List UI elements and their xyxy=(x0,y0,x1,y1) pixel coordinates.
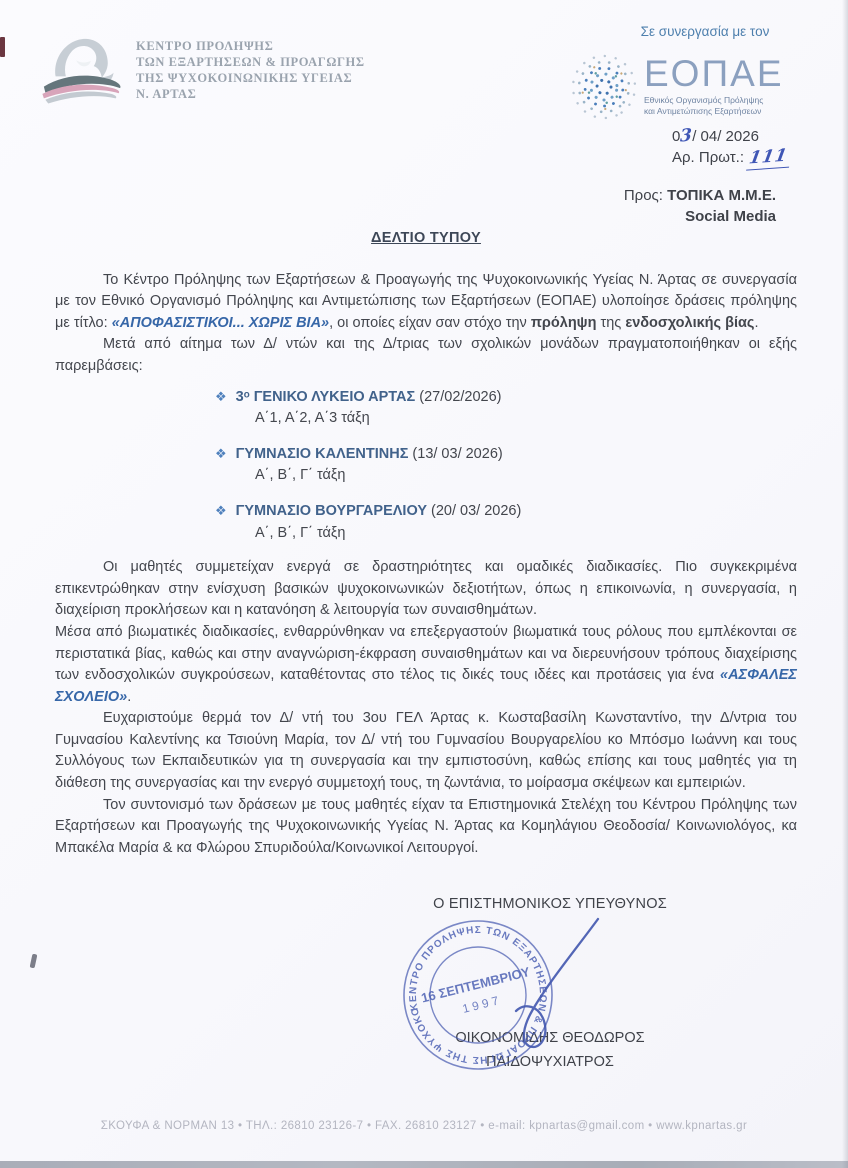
org-name-line: ΤΩΝ ΕΞΑΡΤΗΣΕΩΝ & ΠΡΟΑΓΩΓΗΣ xyxy=(136,54,365,70)
paragraph-request: Μετά από αίτημα των Δ/ ντών και της Δ/τρ… xyxy=(55,334,797,377)
scan-artifact xyxy=(30,954,38,969)
handwritten-protocol-number: 111 xyxy=(746,145,792,170)
partner-subtitle-line: Εθνικός Οργανισμός Πρόληψης xyxy=(644,95,784,106)
intervention-date: (20/ 03/ 2026) xyxy=(431,503,521,519)
diamond-bullet-icon: ❖ xyxy=(215,500,227,522)
eopae-dots-swirl-icon xyxy=(570,41,638,130)
partner-acronym: ΕΟΠΑΕ xyxy=(644,55,784,93)
paragraph-experiential: Μέσα από βιωματικές διαδικασίες, ενθαρρύ… xyxy=(55,622,797,708)
org-letterhead: ΚΕΝΤΡΟ ΠΡΟΛΗΨΗΣ ΤΩΝ ΕΞΑΡΤΗΣΕΩΝ & ΠΡΟΑΓΩΓ… xyxy=(38,26,365,117)
paragraph-thanks: Ευχαριστούμε θερμά τον Δ/ ντή του 3ου ΓΕ… xyxy=(55,708,797,794)
protocol-number-row: Αρ. Πρωτ.: 111 xyxy=(672,147,791,169)
org-name-line: ΤΗΣ ΨΥΧΟΚΟΙΝΩΝΙΚΗΣ ΥΓΕΙΑΣ xyxy=(136,70,365,86)
partner-tagline: Σε συνεργασία με τον xyxy=(610,24,800,39)
school-classes: Α΄, Β΄, Γ΄ τάξη xyxy=(255,523,797,545)
scan-artifact xyxy=(0,37,5,57)
scan-right-edge xyxy=(842,0,848,1168)
list-item: ❖ 3ᵒ ΓΕΝΙΚΟ ΛΥΚΕΙΟ ΑΡΤΑΣ (27/02/2026) Α΄… xyxy=(215,386,797,430)
paragraph-activities: Οι μαθητές συμμετείχαν ενεργά σε δραστηρ… xyxy=(55,557,797,622)
list-item: ❖ ΓΥΜΝΑΣΙΟ ΒΟΥΡΓΑΡΕΛΙΟΥ (20/ 03/ 2026) Α… xyxy=(215,500,797,544)
recipient-value: ΤΟΠΙΚΑ Μ.Μ.Ε. xyxy=(667,187,776,204)
school-classes: Α΄1, Α΄2, Α΄3 τάξη xyxy=(255,408,797,430)
document-date: 03/ 04/ 2026 xyxy=(672,126,791,147)
org-name-line: Ν. ΑΡΤΑΣ xyxy=(136,86,365,102)
list-item: ❖ ΓΥΜΝΑΣΙΟ ΚΑΛΕΝΤΙΝΗΣ (13/ 03/ 2026) Α΄,… xyxy=(215,443,797,487)
org-name-line: ΚΕΝΤΡΟ ΠΡΟΛΗΨΗΣ xyxy=(136,38,365,54)
diamond-bullet-icon: ❖ xyxy=(215,386,227,408)
diamond-bullet-icon: ❖ xyxy=(215,443,227,465)
handwritten-signature-icon xyxy=(430,905,610,1075)
recipient-line2: Social Media xyxy=(624,206,776,227)
handwritten-date-digit: 3 xyxy=(680,125,693,147)
school-name: ΓΥΜΝΑΣΙΟ ΚΑΛΕΝΤΙΝΗΣ xyxy=(236,446,409,462)
intervention-date: (27/02/2026) xyxy=(419,389,501,405)
paragraph-coordinators: Τον συντονισμό των δράσεων με τους μαθητ… xyxy=(55,795,797,860)
scan-bottom-edge xyxy=(0,1161,848,1168)
intervention-date: (13/ 03/ 2026) xyxy=(412,446,502,462)
school-classes: Α΄, Β΄, Γ΄ τάξη xyxy=(255,465,797,487)
dolphin-waves-logo-icon xyxy=(38,26,126,117)
recipient-line1: Προς: ΤΟΠΙΚΑ Μ.Μ.Ε. xyxy=(624,185,776,206)
scanned-press-release-page: ΚΕΝΤΡΟ ΠΡΟΛΗΨΗΣ ΤΩΝ ΕΞΑΡΤΗΣΕΩΝ & ΠΡΟΑΓΩΓ… xyxy=(0,0,848,1168)
school-name: 3ᵒ ΓΕΝΙΚΟ ΛΥΚΕΙΟ ΑΡΤΑΣ xyxy=(236,389,416,405)
paragraph-intro: Το Κέντρο Πρόληψης των Εξαρτήσεων & Προα… xyxy=(55,270,797,335)
org-name-lines: ΚΕΝΤΡΟ ΠΡΟΛΗΨΗΣ ΤΩΝ ΕΞΑΡΤΗΣΕΩΝ & ΠΡΟΑΓΩΓ… xyxy=(136,38,365,102)
document-title: ΔΕΛΤΙΟ ΤΥΠΟΥ xyxy=(55,228,797,250)
protocol-label: Αρ. Πρωτ.: xyxy=(672,149,744,166)
document-body: ΔΕΛΤΙΟ ΤΥΠΟΥ Το Κέντρο Πρόληψης των Εξαρ… xyxy=(55,228,797,859)
recipient-label: Προς: xyxy=(624,187,663,204)
date-protocol-block: 03/ 04/ 2026 Αρ. Πρωτ.: 111 xyxy=(672,126,791,169)
footer-contact-line: ΣΚΟΥΦΑ & ΝΟΡΜΑΝ 13 • ΤΗΛ.: 26810 23126-7… xyxy=(0,1120,848,1132)
partner-logo-block: Σε συνεργασία με τον ΕΟΠΑΕ xyxy=(570,24,800,130)
school-interventions-list: ❖ 3ᵒ ΓΕΝΙΚΟ ΛΥΚΕΙΟ ΑΡΤΑΣ (27/02/2026) Α΄… xyxy=(215,386,797,545)
program-title-highlight: «ΑΠΟΦΑΣΙΣΤΙΚΟΙ... ΧΩΡΙΣ ΒΙΑ» xyxy=(112,315,329,331)
recipient-block: Προς: ΤΟΠΙΚΑ Μ.Μ.Ε. Social Media xyxy=(624,185,776,227)
partner-subtitle-line: και Αντιμετώπισης Εξαρτήσεων xyxy=(644,106,784,117)
school-name: ΓΥΜΝΑΣΙΟ ΒΟΥΡΓΑΡΕΛΙΟΥ xyxy=(236,503,427,519)
